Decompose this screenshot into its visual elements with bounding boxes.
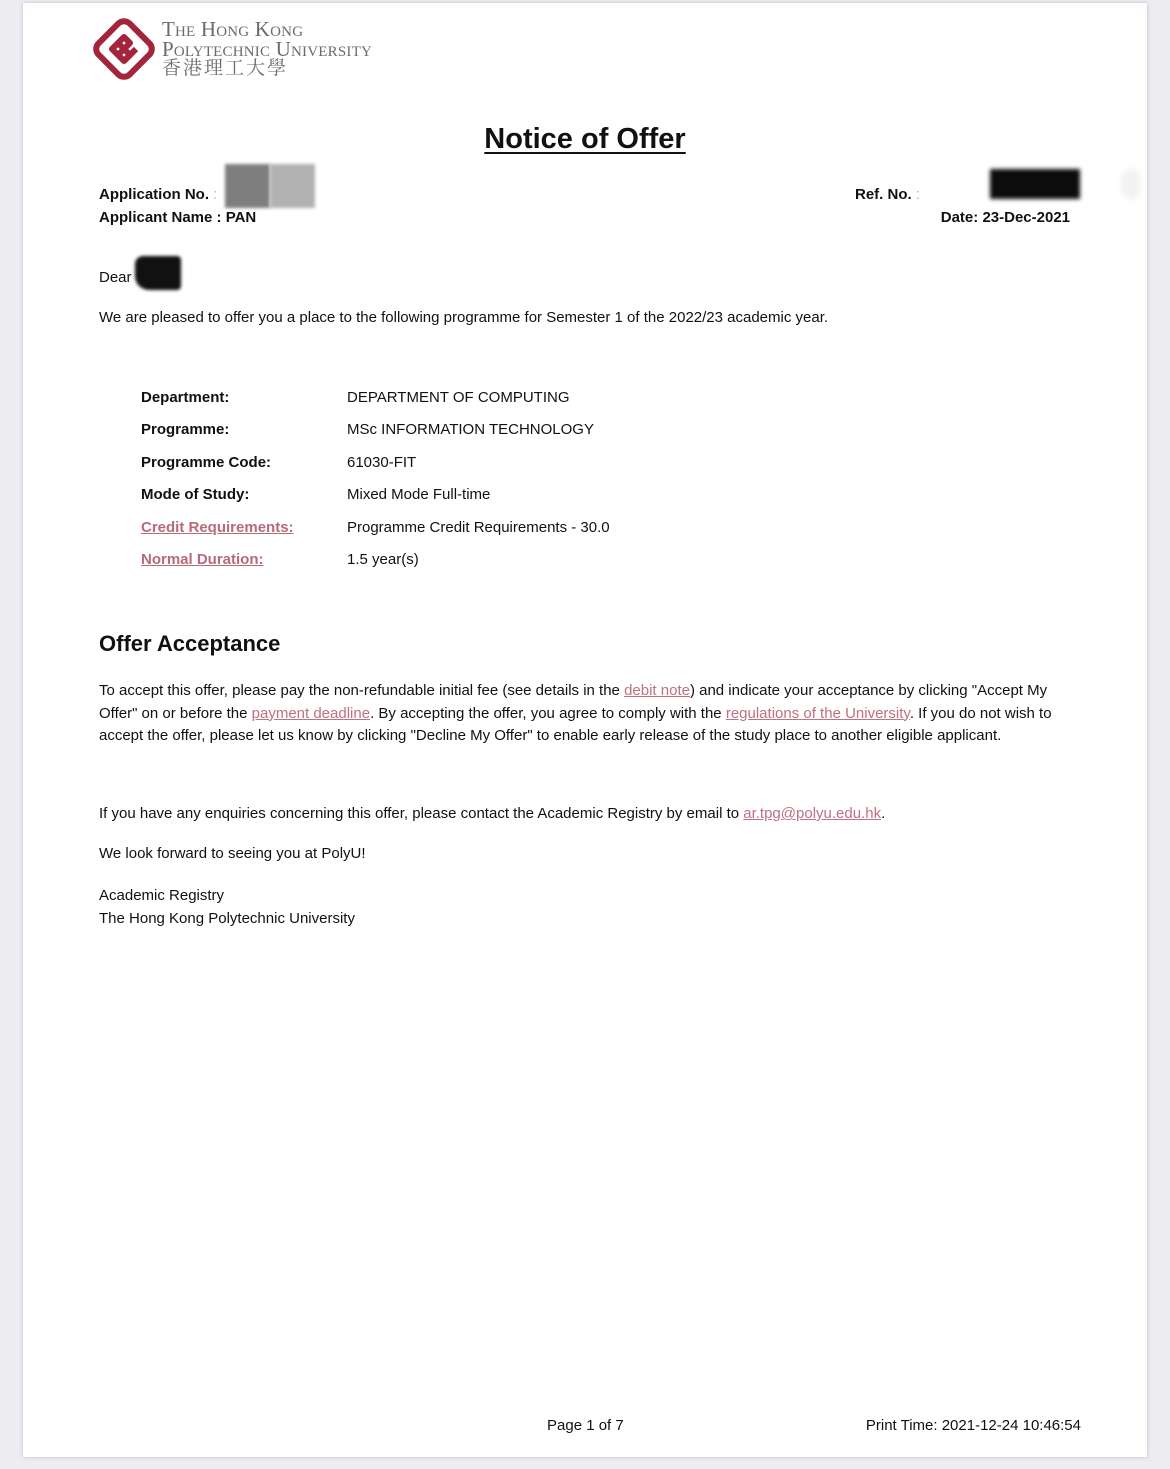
university-logo: The Hong Kong Polytechnic University 香港理…: [90, 15, 372, 83]
application-no-sep: :: [213, 186, 217, 203]
detail-label: Programme Code:: [141, 454, 347, 486]
payment-deadline-link[interactable]: payment deadline: [252, 705, 370, 722]
acceptance-paragraph: To accept this offer, please pay the non…: [99, 680, 1079, 748]
regulations-link[interactable]: regulations of the University: [726, 705, 910, 722]
applicant-name-value: PAN: [226, 209, 257, 226]
ref-no-label: Ref. No.: [855, 186, 912, 203]
logo-name-line2: Polytechnic University: [162, 39, 372, 59]
signature-university: The Hong Kong Polytechnic University: [99, 907, 355, 930]
document-title: Notice of Offer: [23, 123, 1147, 156]
registry-email-link[interactable]: ar.tpg@polyu.edu.hk: [743, 805, 881, 822]
detail-label: Mode of Study:: [141, 486, 347, 518]
enquiry-paragraph: If you have any enquiries concerning thi…: [99, 805, 885, 822]
closing-line: We look forward to seeing you at PolyU!: [99, 845, 366, 862]
application-no-label: Application No.: [99, 186, 209, 203]
redaction-block: [225, 164, 270, 208]
credit-requirements-link[interactable]: Credit Requirements:: [141, 519, 347, 551]
detail-value: 1.5 year(s): [347, 551, 419, 583]
greeting: Dear: [99, 269, 132, 286]
signature-block: Academic Registry The Hong Kong Polytech…: [99, 884, 355, 930]
applicant-name-row: Applicant Name : PAN: [99, 206, 256, 229]
page-indicator: Page 1 of 7: [547, 1417, 624, 1434]
detail-value: MSc INFORMATION TECHNOLOGY: [347, 421, 594, 453]
date-label: Date:: [941, 209, 979, 226]
ref-no-sep: :: [916, 186, 920, 203]
date-row: Date: 23-Dec-2021: [855, 206, 1070, 229]
detail-row-department: Department: DEPARTMENT OF COMPUTING: [141, 389, 610, 421]
detail-row-credit-requirements: Credit Requirements: Programme Credit Re…: [141, 519, 610, 551]
redaction-block: [135, 256, 181, 290]
detail-value: Programme Credit Requirements - 30.0: [347, 519, 610, 551]
enquiry-end: .: [881, 805, 885, 822]
acceptance-text: . By accepting the offer, you agree to c…: [370, 705, 726, 722]
date-value: 23-Dec-2021: [982, 209, 1070, 226]
normal-duration-link[interactable]: Normal Duration:: [141, 551, 347, 583]
detail-row-programme-code: Programme Code: 61030-FIT: [141, 454, 610, 486]
offer-acceptance-heading: Offer Acceptance: [99, 631, 280, 657]
detail-value: 61030-FIT: [347, 454, 416, 486]
detail-label: Department:: [141, 389, 347, 421]
detail-row-normal-duration: Normal Duration: 1.5 year(s): [141, 551, 610, 583]
logo-chinese-name: 香港理工大學: [162, 59, 372, 79]
logo-name-line1: The Hong Kong: [162, 19, 372, 39]
document-page: The Hong Kong Polytechnic University 香港理…: [23, 3, 1147, 1457]
detail-value: Mixed Mode Full-time: [347, 486, 490, 518]
programme-details: Department: DEPARTMENT OF COMPUTING Prog…: [141, 389, 610, 583]
debit-note-link[interactable]: debit note: [624, 682, 690, 699]
redaction-block: [270, 164, 315, 208]
print-time: Print Time: 2021-12-24 10:46:54: [866, 1417, 1081, 1434]
applicant-name-label: Applicant Name :: [99, 209, 222, 226]
redaction-block: [1121, 168, 1141, 200]
detail-value: DEPARTMENT OF COMPUTING: [347, 389, 570, 421]
detail-label: Programme:: [141, 421, 347, 453]
signature-department: Academic Registry: [99, 884, 355, 907]
acceptance-text: To accept this offer, please pay the non…: [99, 682, 624, 699]
detail-row-programme: Programme: MSc INFORMATION TECHNOLOGY: [141, 421, 610, 453]
detail-row-mode-of-study: Mode of Study: Mixed Mode Full-time: [141, 486, 610, 518]
redaction-block: [990, 169, 1080, 199]
intro-paragraph: We are pleased to offer you a place to t…: [99, 309, 828, 326]
enquiry-text: If you have any enquiries concerning thi…: [99, 805, 743, 822]
polyu-emblem-icon: [90, 15, 158, 83]
